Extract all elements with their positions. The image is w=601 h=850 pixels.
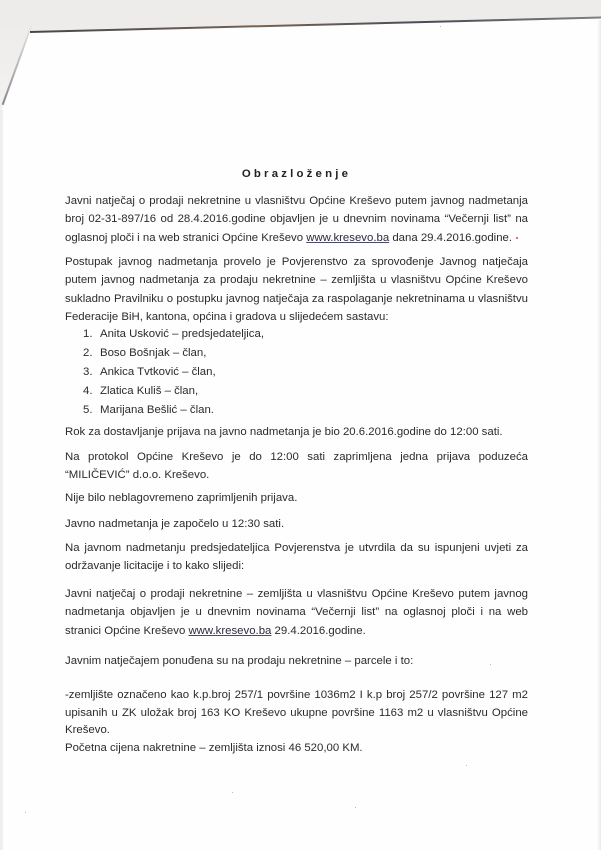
- paragraph-offered-properties: Javnim natječajem ponuđena su na prodaju…: [65, 652, 528, 670]
- paragraph-deadline: Rok za dostavljanje prijava na javno nad…: [65, 423, 528, 441]
- paragraph-text: dana 29.4.2016.godine.: [389, 232, 512, 244]
- scan-speck: [440, 26, 441, 27]
- commission-members-list: 1.Anita Usković – predsjedateljica, 2.Bo…: [83, 325, 264, 420]
- paragraph-starting-price: Početna cijena nakretnine – zemljišta iz…: [65, 739, 528, 757]
- ink-dot: [516, 237, 518, 239]
- scan-speck: [490, 664, 491, 665]
- page-right-shadow: [597, 20, 601, 850]
- list-item: 3.Ankica Tvtković – član,: [83, 363, 264, 382]
- paragraph-no-late-applications: Nije bilo neblagovremeno zaprimljenih pr…: [65, 489, 528, 507]
- list-number: 1.: [83, 325, 93, 344]
- list-item: 1.Anita Usković – predsjedateljica,: [83, 325, 264, 344]
- page-left-shadow: [0, 110, 3, 850]
- list-item: 4.Zlatica Kuliš – član,: [83, 382, 264, 401]
- list-number: 3.: [83, 363, 93, 382]
- scan-speck: [232, 792, 233, 793]
- paragraph-conditions: Na javnom nadmetanju predsjedateljica Po…: [65, 539, 528, 576]
- paragraph-text: 29.4.2016.godine.: [271, 625, 365, 637]
- paragraph-commission: Postupak javnog nadmetanja provelo je Po…: [65, 253, 528, 327]
- scan-speck: [25, 812, 26, 813]
- paragraph-received-application: Na protokol Općine Kreševo je do 12:00 s…: [65, 448, 528, 485]
- scanned-page: Obrazloženje Javni natječaj o prodaji ne…: [0, 0, 601, 850]
- list-item: 5.Marijana Bešlić – član.: [83, 401, 264, 420]
- member-name: Zlatica Kuliš – član,: [100, 385, 198, 397]
- website-link[interactable]: www.kresevo.ba: [306, 232, 389, 244]
- member-name: Boso Bošnjak – član,: [100, 347, 206, 359]
- scan-speck: [355, 807, 356, 808]
- list-number: 2.: [83, 344, 93, 363]
- document-title: Obrazloženje: [65, 165, 528, 183]
- member-name: Anita Usković – predsjedateljica,: [100, 328, 264, 340]
- paragraph-start-time: Javno nadmetanja je započelo u 12:30 sat…: [65, 515, 528, 533]
- paragraph-parcel-description: -zemljište označeno kao k.p.broj 257/1 p…: [65, 687, 528, 740]
- member-name: Ankica Tvtković – član,: [100, 366, 216, 378]
- list-number: 4.: [83, 382, 93, 401]
- member-name: Marijana Bešlić – član.: [100, 404, 214, 416]
- paragraph-publication: Javni natječaj o prodaji nekretnine – ze…: [65, 585, 528, 640]
- list-item: 2.Boso Bošnjak – član,: [83, 344, 264, 363]
- list-number: 5.: [83, 401, 93, 420]
- scan-speck: [466, 765, 467, 766]
- paragraph-announcement: Javni natječaj o prodaji nekretnine u vl…: [65, 192, 528, 247]
- website-link[interactable]: www.kresevo.ba: [188, 625, 271, 637]
